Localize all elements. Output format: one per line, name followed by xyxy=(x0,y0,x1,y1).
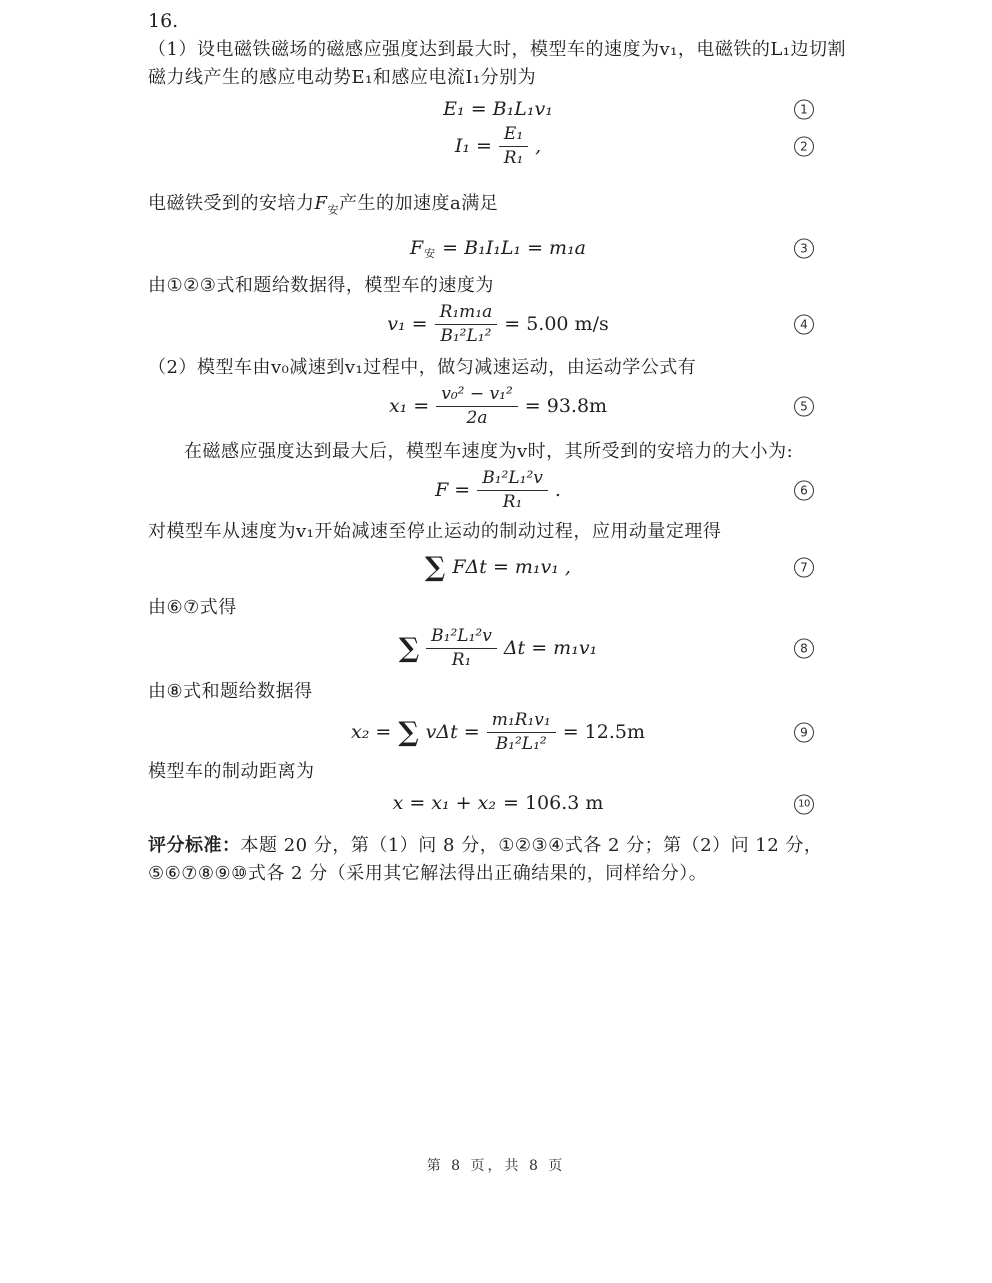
paragraph-braking-distance: 模型车的制动距离为 xyxy=(148,758,848,786)
equation-2-tail: , xyxy=(535,135,541,157)
equation-7-row: ∑ FΔt = m₁v₁ , 7 xyxy=(148,552,848,582)
fraction: R₁m₁a B₁²L₁² xyxy=(435,302,498,345)
equation-10-result: = 106.3 m xyxy=(503,792,603,814)
ampere-var-f: F xyxy=(315,193,328,214)
equation-8-tail: Δt = m₁v₁ xyxy=(504,637,597,659)
equation-8-number: 8 xyxy=(794,638,814,659)
equation-1-body: E₁ = B₁L₁v₁ xyxy=(443,98,553,120)
equation-5-lhs: x₁ = xyxy=(389,395,429,417)
fraction-denominator: B₁²L₁² xyxy=(440,325,491,346)
fraction: B₁²L₁²v R₁ xyxy=(477,468,548,511)
equation-10: x = x₁ + x₂ = 106.3 m xyxy=(393,792,604,814)
fraction-numerator: R₁m₁a xyxy=(435,302,498,324)
equation-3-f-subscript: 安 xyxy=(424,248,435,259)
circled-number-3: 3 xyxy=(794,239,814,259)
scoring-label: 评分标准： xyxy=(148,835,241,856)
equation-6-tail: . xyxy=(555,479,561,501)
ampere-text-pre: 电磁铁受到的安培力 xyxy=(148,193,315,214)
equation-4-number: 4 xyxy=(794,314,814,335)
circled-number-6: 6 xyxy=(794,481,814,501)
equation-4: v₁ = R₁m₁a B₁²L₁² = 5.00 m/s xyxy=(387,302,608,345)
paragraph-momentum-theorem: 对模型车从速度为v₁开始减速至停止运动的制动过程，应用动量定理得 xyxy=(148,518,848,546)
equation-6-row: F = B₁²L₁²v R₁ . 6 xyxy=(148,466,848,514)
equation-2-number: 2 xyxy=(794,136,814,157)
equation-3: F安 = B₁I₁L₁ = m₁a xyxy=(410,237,586,259)
scoring-text: 本题 20 分，第（1）问 8 分，①②③④式各 2 分；第（2）问 12 分，… xyxy=(148,835,822,884)
circled-number-2: 2 xyxy=(794,137,814,157)
equation-2-row: I₁ = E₁ R₁ , 2 xyxy=(148,122,848,170)
equation-9-lhs: x₂ = xyxy=(351,721,391,743)
equation-8-row: ∑ B₁²L₁²v R₁ Δt = m₁v₁ 8 xyxy=(148,622,848,674)
fraction: E₁ R₁ xyxy=(499,124,528,167)
equation-9-number: 9 xyxy=(794,722,814,743)
equation-9-mid: vΔt = xyxy=(426,721,480,743)
document-page: 16. （1）设电磁铁磁场的磁感应强度达到最大时，模型车的速度为v₁，电磁铁的L… xyxy=(0,0,992,1283)
paragraph-scoring-standard: 评分标准：本题 20 分，第（1）问 8 分，①②③④式各 2 分；第（2）问 … xyxy=(148,832,848,888)
sigma-symbol: ∑ xyxy=(398,719,418,746)
equation-2-lhs: I₁ = xyxy=(455,135,492,157)
equation-9: x₂ = ∑ vΔt = m₁R₁v₁ B₁²L₁² = 12.5m xyxy=(351,710,645,753)
equation-3-number: 3 xyxy=(794,238,814,259)
fraction-denominator: B₁²L₁² xyxy=(496,733,547,754)
equation-5: x₁ = v₀² − v₁² 2a = 93.8m xyxy=(389,384,607,427)
circled-number-8: 8 xyxy=(794,639,814,659)
equation-5-result: = 93.8m xyxy=(525,395,607,417)
equation-3-row: F安 = B₁I₁L₁ = m₁a 3 xyxy=(148,234,848,262)
fraction: v₀² − v₁² 2a xyxy=(436,384,518,427)
page-footer: 第 8 页，共 8 页 xyxy=(0,1155,992,1175)
paragraph-part2-intro: （2）模型车由v₀减速到v₁过程中，做匀减速运动，由运动学公式有 xyxy=(148,354,848,382)
equation-10-row: x = x₁ + x₂ = 106.3 m 10 xyxy=(148,788,848,818)
circled-number-4: 4 xyxy=(794,315,814,335)
fraction-numerator: m₁R₁v₁ xyxy=(487,710,556,732)
fraction-numerator: v₀² − v₁² xyxy=(436,384,518,406)
equation-2: I₁ = E₁ R₁ , xyxy=(455,124,541,167)
fraction-numerator: B₁²L₁²v xyxy=(477,468,548,490)
equation-1-row: E₁ = B₁L₁v₁ 1 xyxy=(148,96,848,122)
question-number: 16. xyxy=(148,8,848,34)
equation-3-f: F xyxy=(410,237,423,259)
fraction: m₁R₁v₁ B₁²L₁² xyxy=(487,710,556,753)
paragraph-by-123: 由①②③式和题给数据得，模型车的速度为 xyxy=(148,272,848,300)
fraction: B₁²L₁²v R₁ xyxy=(426,626,497,669)
ampere-text-post: 产生的加速度a满足 xyxy=(339,193,498,214)
paragraph-by-8: 由⑧式和题给数据得 xyxy=(148,678,848,706)
equation-4-row: v₁ = R₁m₁a B₁²L₁² = 5.00 m/s 4 xyxy=(148,300,848,348)
equation-6-lhs: F = xyxy=(435,479,470,501)
fraction-denominator: R₁ xyxy=(452,649,472,670)
paragraph-ampere-force: 电磁铁受到的安培力F安产生的加速度a满足 xyxy=(148,190,848,218)
fraction-numerator: B₁²L₁²v xyxy=(426,626,497,648)
ampere-var-f-subscript: 安 xyxy=(328,204,340,217)
equation-3-lhs: F安 xyxy=(410,237,435,259)
paragraph-part1-intro: （1）设电磁铁磁场的磁感应强度达到最大时，模型车的速度为v₁，电磁铁的L₁边切割… xyxy=(148,36,848,92)
equation-1: E₁ = B₁L₁v₁ xyxy=(443,98,553,120)
paragraph-after-max: 在磁感应强度达到最大后，模型车速度为v时，其所受到的安培力的大小为: xyxy=(148,438,848,466)
circled-number-1: 1 xyxy=(794,100,814,120)
fraction-numerator: E₁ xyxy=(499,124,528,146)
sigma-symbol: ∑ xyxy=(425,554,445,581)
equation-6-number: 6 xyxy=(794,480,814,501)
fraction-denominator: R₁ xyxy=(504,147,524,168)
circled-number-7: 7 xyxy=(794,558,814,578)
equation-4-result: = 5.00 m/s xyxy=(504,313,608,335)
equation-7-number: 7 xyxy=(794,557,814,578)
equation-5-row: x₁ = v₀² − v₁² 2a = 93.8m 5 xyxy=(148,382,848,430)
circled-number-9: 9 xyxy=(794,723,814,743)
equation-4-lhs: v₁ = xyxy=(387,313,427,335)
document-content: 16. （1）设电磁铁磁场的磁感应强度达到最大时，模型车的速度为v₁，电磁铁的L… xyxy=(148,8,848,888)
circled-number-5: 5 xyxy=(794,397,814,417)
equation-3-rest: = B₁I₁L₁ = m₁a xyxy=(442,237,586,259)
equation-7-rest: FΔt = m₁v₁ , xyxy=(452,556,571,578)
sigma-symbol: ∑ xyxy=(399,635,419,662)
equation-10-body: x = x₁ + x₂ xyxy=(393,792,496,814)
equation-6: F = B₁²L₁²v R₁ . xyxy=(435,468,561,511)
equation-8: ∑ B₁²L₁²v R₁ Δt = m₁v₁ xyxy=(399,626,597,669)
equation-9-result: = 12.5m xyxy=(563,721,645,743)
fraction-denominator: 2a xyxy=(467,407,488,428)
fraction-denominator: R₁ xyxy=(503,491,523,512)
equation-1-number: 1 xyxy=(794,99,814,120)
paragraph-by-67: 由⑥⑦式得 xyxy=(148,594,848,622)
equation-7: ∑ FΔt = m₁v₁ , xyxy=(425,554,571,581)
circled-number-10: 10 xyxy=(794,795,814,815)
equation-9-row: x₂ = ∑ vΔt = m₁R₁v₁ B₁²L₁² = 12.5m 9 xyxy=(148,706,848,758)
equation-10-number: 10 xyxy=(794,792,814,815)
equation-5-number: 5 xyxy=(794,396,814,417)
